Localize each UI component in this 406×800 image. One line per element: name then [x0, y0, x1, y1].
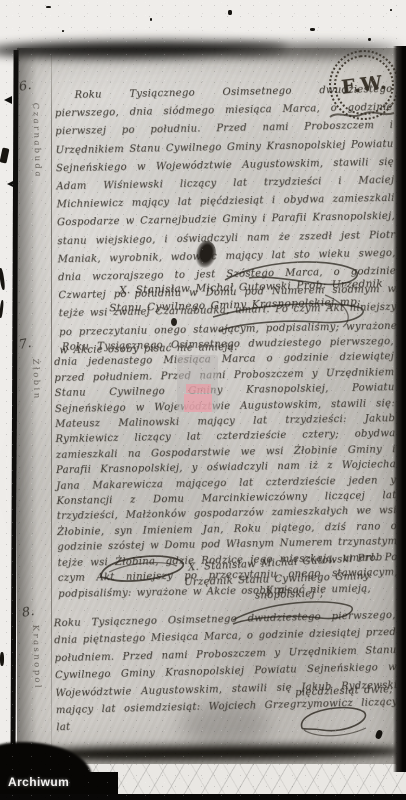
cut-off-margin-writing [0, 268, 6, 290]
margin-rule [51, 55, 52, 761]
entry-number: 8. [21, 604, 36, 621]
viewer-highlight-hit [186, 384, 211, 393]
viewer-highlight-hit [184, 394, 212, 412]
scan-shadow-band-top [225, 45, 400, 55]
archival-scan: F.W. 6. Czarnabuda Roku Tysiącznego Osim… [0, 0, 406, 800]
entry-number: 7. [18, 336, 33, 353]
margin-tick-mark [7, 180, 15, 188]
scan-speck [46, 6, 51, 8]
scan-speck [368, 38, 371, 41]
scan-speck [390, 9, 392, 11]
margin-tick-mark [4, 96, 12, 104]
page-edge-shadow-right [393, 46, 406, 772]
scan-speck [228, 10, 232, 15]
scan-speck [150, 18, 152, 21]
signature-flourish [95, 548, 190, 590]
scan-speck [62, 30, 64, 32]
scan-speck [310, 28, 315, 31]
scan-border-bottom [0, 794, 406, 800]
ink-blot [171, 318, 177, 326]
signature-flourish [228, 596, 358, 630]
signature-flourish [292, 700, 374, 742]
ink-mark [0, 147, 9, 163]
cut-off-margin-writing [0, 652, 4, 666]
archive-watermark: Archiwum [8, 775, 69, 789]
entry-number: 6. [18, 78, 33, 95]
signature-flourish [205, 255, 370, 345]
cut-off-margin-writing [0, 300, 4, 318]
entry-margin-place-note: Żłobin [30, 358, 41, 402]
